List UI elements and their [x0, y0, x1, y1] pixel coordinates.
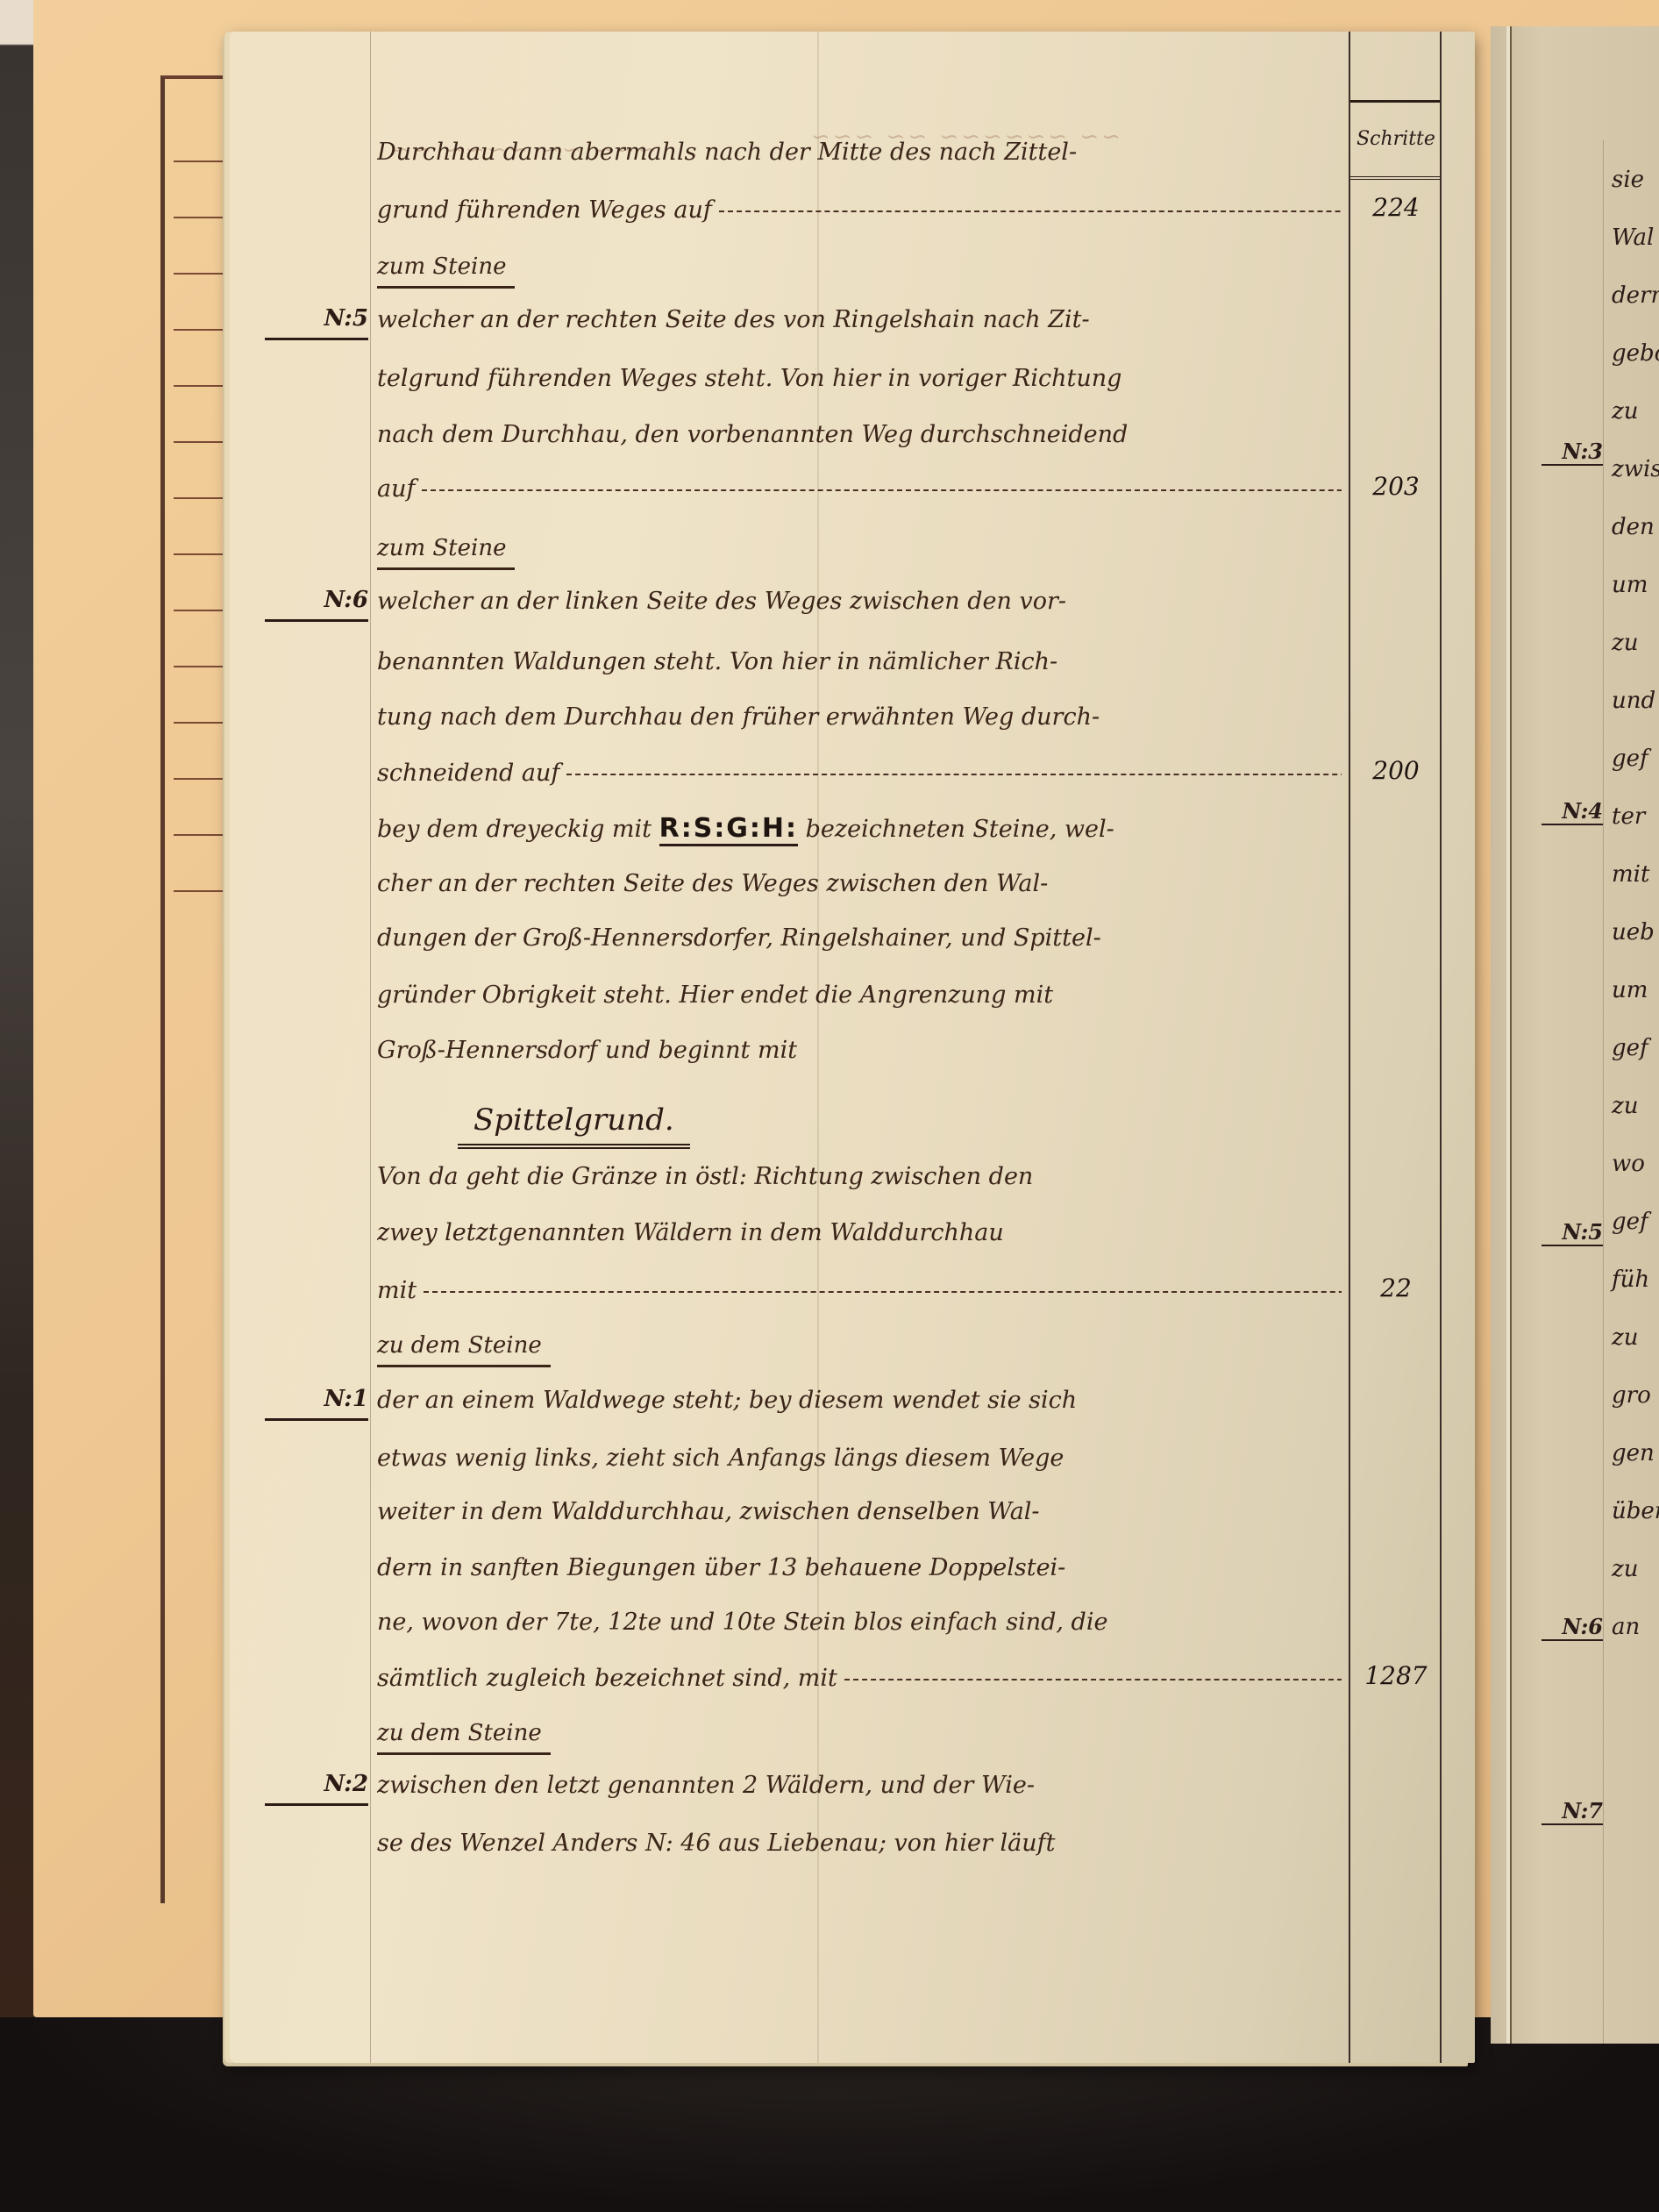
stone-subheading: zum Steine [377, 247, 515, 289]
text-line: etwas wenig links, zieht sich Anfangs lä… [377, 1438, 1342, 1480]
text-line-content: ne, wovon der 7te, 12te und 10te Stein b… [377, 1609, 1107, 1636]
text-line-content: Durchhau dann abermahls nach der Mitte d… [377, 139, 1077, 166]
text-line-content: etwas wenig links, zieht sich Anfangs lä… [377, 1445, 1064, 1472]
text-line-content: cher an der rechten Seite des Weges zwis… [377, 870, 1048, 897]
steps-column-header: Schritte [1354, 128, 1438, 150]
steps-value: 200 [1354, 756, 1438, 785]
adjacent-page-stone-number: N:4 [1542, 798, 1603, 825]
section-title: Spittelgrund. [458, 1096, 690, 1149]
text-line-content: mit [377, 1277, 417, 1304]
adjacent-page-text-fragment: zu [1612, 398, 1638, 425]
adjacent-page-text-fragment: mit [1612, 861, 1649, 888]
text-line: weiter in dem Walddurchhau, zwischen den… [377, 1491, 1342, 1533]
text-line: Von da geht die Gränze in östl: Richtung… [377, 1156, 1342, 1198]
text-line-with-mark: bey dem dreyeckig mit R:S:G:H: bezeichne… [377, 808, 1342, 850]
steps-column-right-rule [1440, 32, 1442, 2063]
text-line-content: grund führenden Weges auf [377, 196, 712, 224]
text-line: Groß-Hennersdorf und beginnt mit [377, 1030, 1342, 1072]
adjacent-page-text-fragment: über [1612, 1498, 1659, 1524]
document-sheet: Schritte ~~~ ~~ ~~~~ ~~ ~~ ~~~~~~ ~~ ~~~… [230, 32, 1475, 2063]
adjacent-page-text-fragment: Wal [1612, 225, 1654, 251]
adjacent-page-text-fragment: und [1612, 688, 1655, 714]
steps-value: 1287 [1354, 1661, 1438, 1690]
text-line: cher an der rechten Seite des Weges zwis… [377, 863, 1342, 905]
text-line: der an einem Waldwege steht; bey diesem … [377, 1380, 1342, 1422]
text-fragment: bey dem dreyeckig mit [377, 816, 659, 843]
steps-column-left-rule [1349, 32, 1350, 2063]
adjacent-page-stone-number: N:6 [1542, 1614, 1603, 1641]
text-line-content: nach dem Durchhau, den vorbenannten Weg … [377, 421, 1128, 448]
background-left [0, 0, 35, 2212]
adjacent-page-text-fragment: an [1612, 1614, 1640, 1640]
right-page-margin-line [1603, 140, 1604, 2044]
text-line: schneidend auf [377, 753, 1342, 795]
stone-subheading: zu dem Steine [377, 1326, 551, 1367]
text-line: ne, wovon der 7te, 12te und 10te Stein b… [377, 1602, 1342, 1644]
text-line: gründer Obrigkeit steht. Hier endet die … [377, 974, 1342, 1017]
steps-value: 224 [1354, 193, 1438, 222]
adjacent-page-text-fragment: zu [1612, 1556, 1638, 1582]
text-line-content: Groß-Hennersdorf und beginnt mit [377, 1037, 797, 1064]
adjacent-page-stone-number: N:5 [1542, 1219, 1603, 1246]
text-line-content: se des Wenzel Anders N: 46 aus Liebenau;… [377, 1830, 1055, 1857]
text-line: auf [377, 468, 1342, 510]
adjacent-page-text-fragment: dern [1612, 282, 1659, 309]
adjacent-page-text-fragment: wo [1612, 1151, 1645, 1177]
adjacent-page-text-fragment: den [1612, 514, 1655, 540]
adjacent-page-right: sieWalderngebogzuzwisdenumzuundgeftermit… [1491, 26, 1659, 2044]
adjacent-page-text-fragment: um [1612, 572, 1648, 598]
stone-number: N:6 [265, 581, 368, 622]
text-line-content: weiter in dem Walddurchhau, zwischen den… [377, 1498, 1040, 1525]
text-line: telgrund führenden Weges steht. Von hier… [377, 358, 1342, 400]
text-line: welcher an der rechten Seite des von Rin… [377, 299, 1342, 341]
adjacent-page-text-fragment: zwis [1612, 456, 1659, 482]
text-line: dungen der Groß-Hennersdorfer, Ringelsha… [377, 917, 1342, 960]
adjacent-page-text-fragment: gef [1612, 746, 1648, 772]
adjacent-page-text-fragment: um [1612, 977, 1648, 1003]
text-line: zwischen den letzt genannten 2 Wäldern, … [377, 1765, 1342, 1807]
adjacent-page-text-fragment: gro [1612, 1382, 1651, 1409]
text-line-content: telgrund führenden Weges steht. Von hier… [377, 365, 1121, 392]
stone-subheading: zu dem Steine [377, 1714, 551, 1755]
text-fragment: bezeichneten Steine, wel- [798, 816, 1114, 843]
steps-value: 203 [1354, 472, 1438, 501]
adjacent-page-text-fragment: sie [1612, 167, 1644, 193]
adjacent-page-text-fragment: ter [1612, 803, 1645, 830]
text-line: mit [377, 1270, 1342, 1312]
adjacent-page-text-fragment: gen [1612, 1440, 1655, 1466]
adjacent-page-text-fragment: zu [1612, 1324, 1638, 1351]
text-line-content: dungen der Groß-Hennersdorfer, Ringelsha… [377, 924, 1101, 952]
adjacent-page-text-fragment: gef [1612, 1209, 1648, 1235]
stone-subheading: zum Steine [377, 529, 515, 570]
text-line: Durchhau dann abermahls nach der Mitte d… [377, 132, 1342, 174]
text-line-content: schneidend auf [377, 760, 559, 787]
text-line: welcher an der linken Seite des Weges zw… [377, 581, 1342, 623]
text-line: se des Wenzel Anders N: 46 aus Liebenau;… [377, 1823, 1342, 1865]
adjacent-page-text-fragment: gebog [1612, 340, 1659, 367]
text-line-content: dern in sanften Biegungen über 13 behaue… [377, 1554, 1065, 1581]
text-line-content: auf [377, 475, 415, 503]
text-line-content: sämtlich zugleich bezeichnet sind, mit [377, 1665, 837, 1692]
margin-line [370, 32, 371, 2063]
adjacent-page-text-fragment: zu [1612, 1093, 1638, 1119]
text-line: tung nach dem Durchhau den früher erwähn… [377, 696, 1342, 739]
binding-thread [1506, 26, 1510, 2044]
stone-number: N:5 [265, 299, 368, 340]
adjacent-page-stone-number: N:3 [1542, 439, 1603, 466]
text-line-content: gründer Obrigkeit steht. Hier endet die … [377, 981, 1053, 1009]
adjacent-page-stone-number: N:7 [1542, 1798, 1603, 1825]
text-line: nach dem Durchhau, den vorbenannten Weg … [377, 414, 1342, 456]
text-line: sämtlich zugleich bezeichnet sind, mit [377, 1658, 1342, 1700]
adjacent-page-text-fragment: füh [1612, 1267, 1649, 1293]
text-line-content: Von da geht die Gränze in östl: Richtung… [377, 1163, 1033, 1190]
text-line-content: benannten Waldungen steht. Von hier in n… [377, 648, 1057, 675]
text-line: dern in sanften Biegungen über 13 behaue… [377, 1547, 1342, 1589]
stone-mark-rsgh: R:S:G:H: [659, 813, 798, 846]
adjacent-page-text-fragment: zu [1612, 630, 1638, 656]
text-line: benannten Waldungen steht. Von hier in n… [377, 641, 1342, 683]
stone-number: N:1 [265, 1380, 368, 1421]
text-line-content: tung nach dem Durchhau den früher erwähn… [377, 703, 1100, 731]
steps-value: 22 [1354, 1274, 1438, 1302]
adjacent-page-text-fragment: ueb [1612, 919, 1655, 945]
text-line: grund führenden Weges auf [377, 189, 1342, 232]
adjacent-page-text-fragment: gef [1612, 1035, 1648, 1061]
stone-number: N:2 [265, 1765, 368, 1806]
text-line: zwey letztgenannten Wäldern in dem Waldd… [377, 1212, 1342, 1254]
text-line-content: zwey letztgenannten Wäldern in dem Waldd… [377, 1219, 1004, 1246]
